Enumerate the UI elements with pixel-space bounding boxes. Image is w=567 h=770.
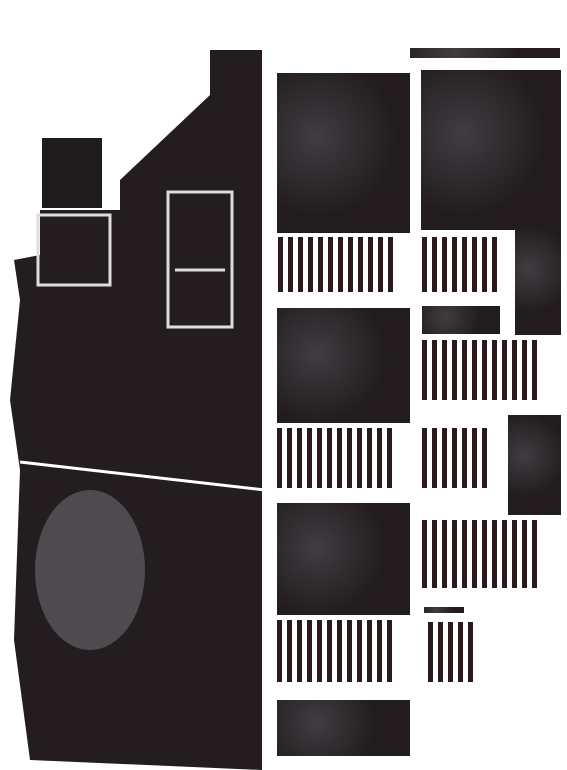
railing-2b [422,340,560,400]
window-4 [277,700,410,756]
upper-window-right [421,70,561,230]
window-3 [277,503,410,615]
railing-5b [428,622,476,682]
small-ledge [424,607,464,613]
railing-4b [422,520,557,588]
roof-edge [410,48,560,58]
right-wall-strip [515,225,561,335]
railing-5 [277,620,410,682]
stair-block [508,415,561,515]
railing-3 [277,428,410,488]
railing-1b [422,237,512,292]
upper-window-left [277,73,410,233]
window-2b [422,306,500,334]
railing-3b [422,428,502,488]
railing-1 [278,237,408,292]
window-2 [277,308,410,423]
